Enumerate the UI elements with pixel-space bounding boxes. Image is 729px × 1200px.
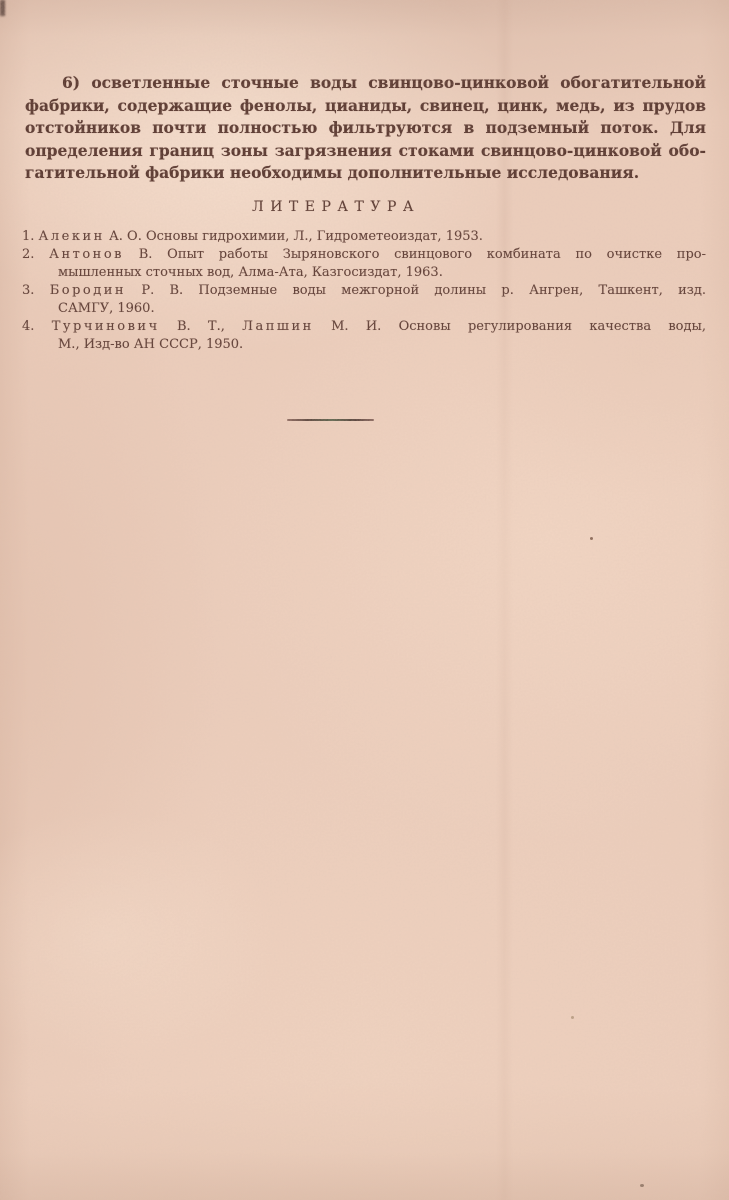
reference-text: А. О. Основы гидрохимии, Л., Гидрометеои… (105, 229, 483, 244)
reference-number: 3. (22, 283, 34, 298)
paragraph-line: гатительной фабрики необходимы дополните… (25, 162, 706, 185)
reference-item: 2. Антонов В. Опыт работы Зыряновского с… (22, 246, 706, 282)
author-surname: Лапшин (242, 319, 314, 334)
page-content: 6) осветленные сточные воды свинцово-цин… (0, 0, 729, 1200)
author-surname: Турчинович (52, 319, 160, 334)
reference-item: 3. Бородин Р. В. Подземные воды межгорно… (22, 282, 706, 318)
reference-line: 3. Бородин Р. В. Подземные воды межгорно… (22, 282, 706, 300)
reference-text: Р. В. Подземные воды межгорной долины р.… (126, 283, 706, 298)
author-surname: Алекин (39, 229, 105, 244)
reference-continuation-line: М., Изд-во АН СССР, 1950. (58, 336, 706, 354)
scanned-page: 6) осветленные сточные воды свинцово-цин… (0, 0, 729, 1200)
paragraph-line: отстойников почти полностью фильтруются … (25, 117, 706, 140)
paper-speck (590, 537, 593, 540)
paragraph-line: фабрики, содержащие фенолы, цианиды, сви… (25, 95, 706, 118)
scan-edge-artifact (0, 0, 5, 16)
reference-item: 4. Турчинович В. Т., Лапшин М. И. Основы… (22, 318, 706, 354)
reference-item: 1. Алекин А. О. Основы гидрохимии, Л., Г… (22, 228, 706, 246)
reference-continuation-line: САМГУ, 1960. (58, 300, 706, 318)
body-paragraph: 6) осветленные сточные воды свинцово-цин… (25, 72, 706, 185)
paper-speck (571, 1016, 574, 1019)
reference-text: М. И. Основы регулирования качества воды… (314, 319, 706, 334)
reference-line: 2. Антонов В. Опыт работы Зыряновского с… (22, 246, 706, 264)
author-surname: Бородин (50, 283, 126, 298)
paragraph-line: 6) осветленные сточные воды свинцово-цин… (25, 72, 706, 95)
reference-text: В. Опыт работы Зыряновского свинцового к… (124, 247, 706, 262)
section-heading-literatura: ЛИТЕРАТУРА (0, 199, 672, 215)
section-divider (287, 419, 374, 421)
reference-continuation-line: мышленных сточных вод, Алма-Ата, Казгоси… (58, 264, 706, 282)
paper-speck (640, 1184, 644, 1187)
paragraph-line: определения границ зоны загрязнения сток… (25, 140, 706, 163)
author-surname: Антонов (49, 247, 124, 262)
reference-number: 1. (22, 229, 34, 244)
reference-number: 2. (22, 247, 34, 262)
reference-number: 4. (22, 319, 34, 334)
reference-line: 4. Турчинович В. Т., Лапшин М. И. Основы… (22, 318, 706, 336)
reference-line: 1. Алекин А. О. Основы гидрохимии, Л., Г… (22, 228, 706, 246)
reference-list: 1. Алекин А. О. Основы гидрохимии, Л., Г… (22, 228, 706, 354)
reference-text: В. Т., (160, 319, 242, 334)
